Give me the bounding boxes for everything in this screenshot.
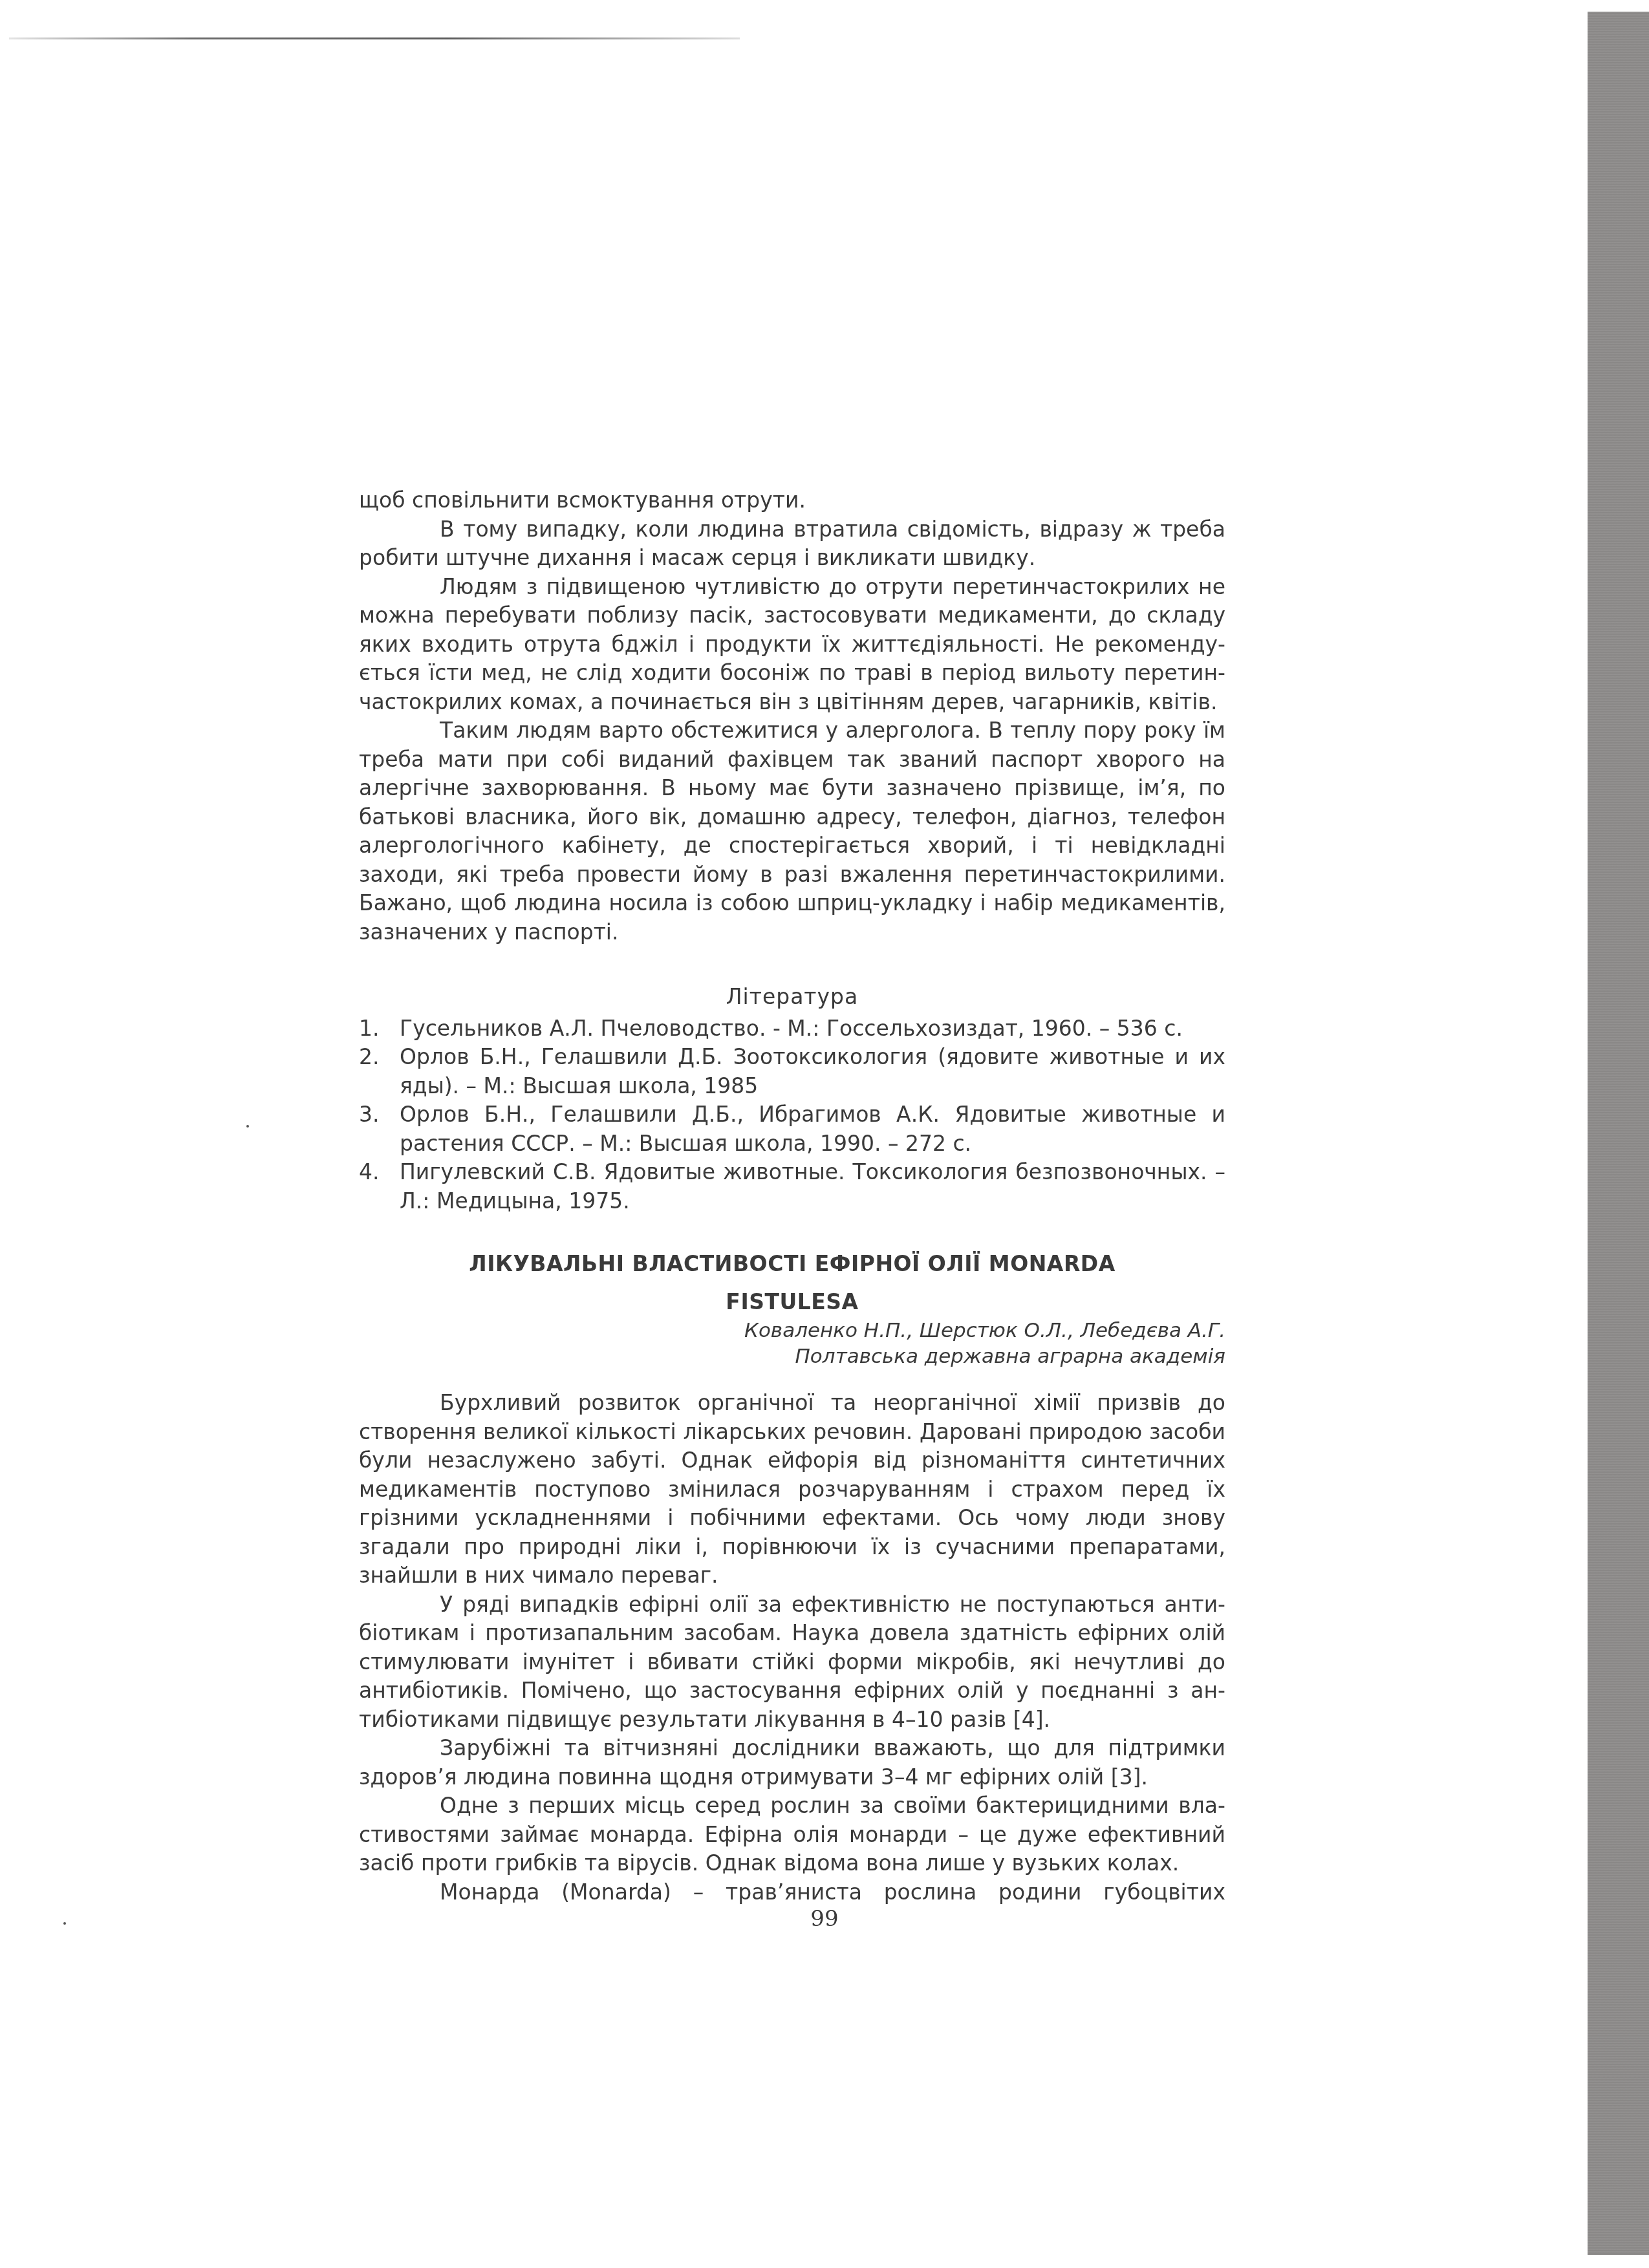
page-number: 99 — [0, 1906, 1649, 1932]
article-title-line: FISTULESA — [359, 1283, 1225, 1321]
paragraph: Зарубіжні та вітчизняні дослідники вважа… — [359, 1734, 1225, 1792]
reference-item: 3. Орлов Б.Н., Гелашвили Д.Б., Ибрагимов… — [359, 1100, 1225, 1158]
reference-text: Орлов Б.Н., Гелашвили Д.Б. Зоотоксиколог… — [400, 1043, 1225, 1100]
reference-item: 2. Орлов Б.Н., Гелашвили Д.Б. Зоотоксико… — [359, 1043, 1225, 1100]
article-title-line: ЛІКУВАЛЬНІ ВЛАСТИВОСТІ ЕФІРНОЇ ОЛІЇ MONA… — [359, 1245, 1225, 1283]
previous-article-section: щоб сповільнити всмоктування отрути. В т… — [359, 486, 1225, 1215]
references-heading: Література — [359, 983, 1225, 1012]
reference-text: Пигулевский С.В. Ядовитые животные. Токс… — [400, 1158, 1225, 1215]
paragraph: Людям з підвищеною чутливістю до отрути … — [359, 573, 1225, 717]
reference-number: 2. — [359, 1043, 400, 1100]
article-title: ЛІКУВАЛЬНІ ВЛАСТИВОСТІ ЕФІРНОЇ ОЛІЇ MONA… — [359, 1245, 1225, 1321]
paragraph: Таким людям варто обстежитися у алерголо… — [359, 716, 1225, 947]
paragraph: щоб сповільнити всмоктування отрути. — [359, 486, 1225, 515]
paragraph: Одне з перших місць серед рослин за свої… — [359, 1792, 1225, 1878]
article-affiliation: Полтавська державна аграрна академія — [359, 1343, 1225, 1369]
references-list: 1. Гусельников А.Л. Пчеловодство. - М.: … — [359, 1014, 1225, 1216]
reference-number: 4. — [359, 1158, 400, 1215]
paragraph: Бурхливий розвиток органічної та неорган… — [359, 1389, 1225, 1590]
article-body: Бурхливий розвиток органічної та неорган… — [359, 1389, 1225, 1907]
reference-number: 1. — [359, 1014, 400, 1043]
article-authors: Коваленко Н.П., Шерстюк О.Л., Лебедєва А… — [359, 1318, 1225, 1343]
scan-top-rule — [9, 37, 740, 39]
reference-item: 1. Гусельников А.Л. Пчеловодство. - М.: … — [359, 1014, 1225, 1043]
reference-number: 3. — [359, 1100, 400, 1158]
scan-speck — [246, 1125, 249, 1128]
article-byline: Коваленко Н.П., Шерстюк О.Л., Лебедєва А… — [359, 1318, 1225, 1369]
paragraph: В тому випадку, коли людина втратила сві… — [359, 515, 1225, 573]
paragraph: Монарда (Monarda) – трав’яниста рослина … — [359, 1878, 1225, 1907]
reference-item: 4. Пигулевский С.В. Ядовитые животные. Т… — [359, 1158, 1225, 1215]
paragraph: У ряді випадків ефірні олії за ефективні… — [359, 1590, 1225, 1735]
reference-text: Орлов Б.Н., Гелашвили Д.Б., Ибрагимов А.… — [400, 1100, 1225, 1158]
reference-text: Гусельников А.Л. Пчеловодство. - М.: Гос… — [400, 1014, 1225, 1043]
